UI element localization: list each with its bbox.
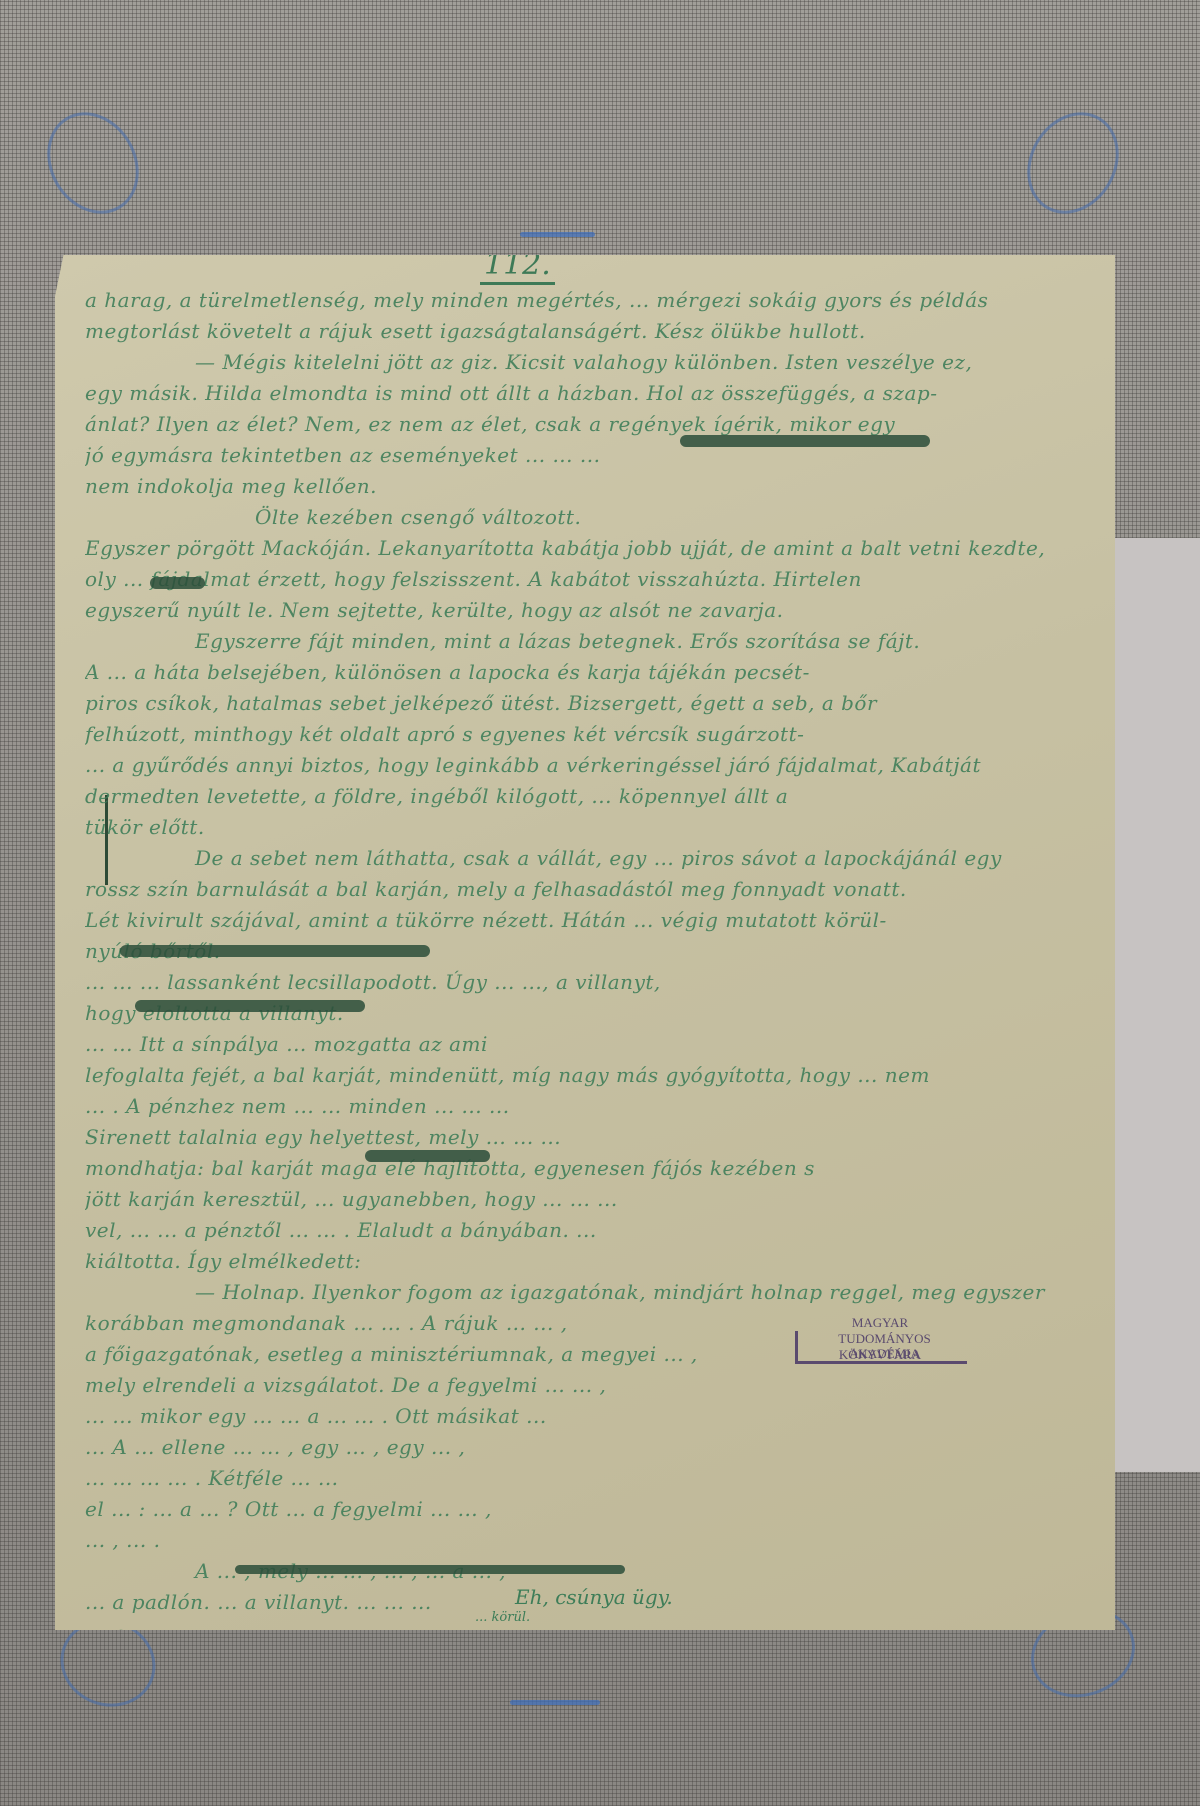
text-line: el ... : ... a ... ? Ott ... a fegyelmi … (85, 1494, 1085, 1525)
stamp-line: MAGYAR (795, 1315, 965, 1330)
page-number: 112. (480, 247, 555, 285)
text-line: ... , ... . (85, 1525, 1085, 1556)
white-card (1113, 538, 1200, 1472)
text-line: mely elrendeli a vizsgálatot. De a fegye… (85, 1370, 1085, 1401)
text-line: nem indokolja meg kellően. (85, 471, 1085, 502)
text-line: ... a ... , ... ... , ... ... . ... ... … (85, 1618, 1085, 1649)
interlinear-note: Eh, csúnya ügy. (515, 1585, 673, 1609)
text-line: ... ... ... ... . Kétféle ... ... (85, 1463, 1085, 1494)
text-line: a harag, a türelmetlenség, mely minden m… (85, 285, 1085, 316)
text-line: De a sebet nem láthatta, csak a vállát, … (85, 843, 1085, 874)
text-line: tükör előtt. (85, 812, 1085, 843)
text-line: felhúzott, minthogy két oldalt apró s eg… (85, 719, 1085, 750)
text-line: ... a gyűrődés annyi biztos, hogy legink… (85, 750, 1085, 781)
text-line: ... ... Itt a sínpálya ... mozgatta az a… (85, 1029, 1085, 1060)
text-line: ánlat? Ilyen az élet? Nem, ez nem az éle… (85, 409, 1085, 440)
text-line: mondhatja: bal karját maga elé hajlított… (85, 1153, 1085, 1184)
text-line: ... ... ... ... ... . (85, 1649, 1085, 1680)
text-line: piros csíkok, hatalmas sebet jelképező ü… (85, 688, 1085, 719)
strikethrough (365, 1150, 490, 1162)
text-line: jó egymásra tekintetben az eseményeket .… (85, 440, 1085, 471)
text-line: Ölte kezében csengő változott. (85, 502, 1085, 533)
text-line: — Holnap. Ilyenkor fogom az igazgatónak,… (85, 1277, 1085, 1308)
text-line: vel, ... ... a pénztől ... ... . Elaludt… (85, 1215, 1085, 1246)
text-line: A ... a háta belsejében, különösen a lap… (85, 657, 1085, 688)
text-line: ... A ... ellene ... ... , egy ... , egy… (85, 1432, 1085, 1463)
text-line: kiáltotta. Így elmélkedett: (85, 1246, 1085, 1277)
text-line: — Mégis kitelelni jött az giz. Kicsit va… (85, 347, 1085, 378)
text-line: egy másik. Hilda elmondta is mind ott ál… (85, 378, 1085, 409)
strikethrough (235, 1565, 625, 1574)
strikethrough (680, 435, 930, 447)
text-line: Sirenett talalnia egy helyettest, mely .… (85, 1122, 1085, 1153)
text-line: jött karján keresztül, ... ugyanebben, h… (85, 1184, 1085, 1215)
text-line: Lét kivirult szájával, amint a tükörre n… (85, 905, 1085, 936)
strikethrough (120, 945, 430, 957)
strikethrough (150, 577, 205, 589)
text-line: lefoglalta fejét, a bal karját, mindenüt… (85, 1060, 1085, 1091)
manuscript-page: 112. a harag, a türelmetlenség, mely min… (55, 255, 1115, 1630)
text-line: Egyszer pörgött Mackóján. Lekanyarította… (85, 533, 1085, 564)
blue-pencil-mark (29, 96, 156, 231)
stamp-line: KÖNYVTÁRA (795, 1347, 965, 1362)
text-line: oly ... fájdalmat érzett, hogy felszissz… (85, 564, 1085, 595)
text-line: ... ... ... lassanként lecsillapodott. Ú… (85, 967, 1085, 998)
blue-tick-mark (520, 232, 595, 237)
blue-tick-mark (510, 1700, 600, 1705)
text-line: ... ... mikor egy ... ... a ... ... . Ot… (85, 1401, 1085, 1432)
text-line: megtorlást követelt a rájuk esett igazsá… (85, 316, 1085, 347)
text-line: egyszerű nyúlt le. Nem sejtette, kerülte… (85, 595, 1085, 626)
text-line: ... . A pénzhez nem ... ... minden ... .… (85, 1091, 1085, 1122)
text-line: dermedten levetette, a földre, ingéből k… (85, 781, 1085, 812)
text-line: Egyszerre fájt minden, mint a lázas bete… (85, 626, 1085, 657)
bottom-note: ... körül. (475, 1610, 530, 1625)
handwritten-text: a harag, a türelmetlenség, mely minden m… (85, 285, 1085, 1680)
text-line: rossz szín barnulását a bal karján, mely… (85, 874, 1085, 905)
strikethrough (135, 1000, 365, 1012)
blue-pencil-mark (1009, 96, 1136, 231)
